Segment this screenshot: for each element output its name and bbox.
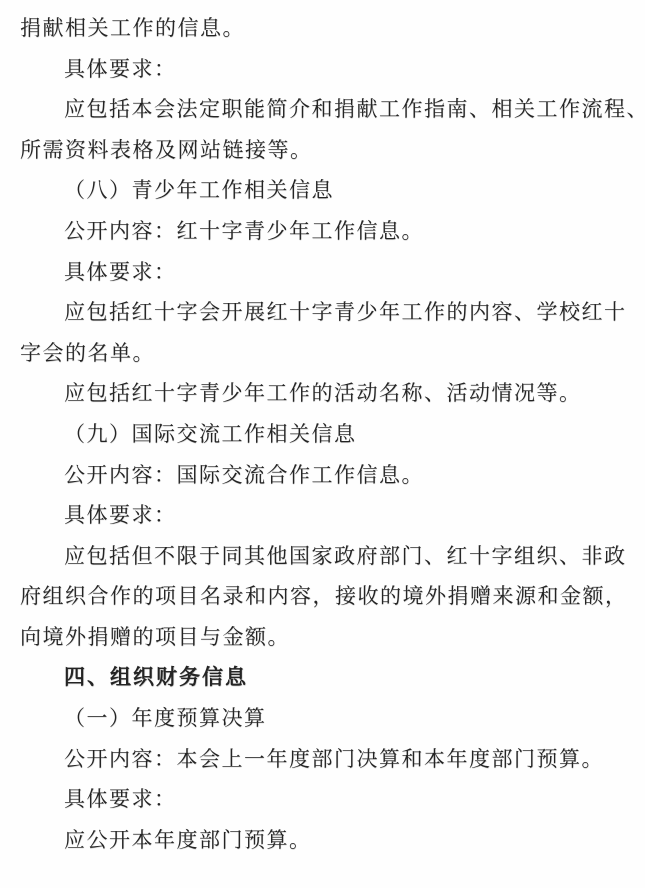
doc-subsection-heading: （八）青少年工作相关信息 bbox=[20, 170, 627, 211]
doc-line: 应包括但不限于同其他国家政府部门、红十字组织、非政 bbox=[20, 536, 627, 577]
doc-line: 府组织合作的项目名录和内容，接收的境外捐赠来源和金额， bbox=[20, 576, 627, 617]
doc-section-heading: 四、组织财务信息 bbox=[20, 658, 627, 699]
doc-line: 具体要求： bbox=[20, 252, 627, 293]
doc-line: 具体要求： bbox=[20, 495, 627, 536]
doc-line: 应包括本会法定职能简介和捐献工作指南、相关工作流程、 bbox=[20, 89, 627, 130]
doc-subsection-heading: （一）年度预算决算 bbox=[20, 698, 627, 739]
doc-subsection-heading: （九）国际交流工作相关信息 bbox=[20, 414, 627, 455]
doc-line: 捐献相关工作的信息。 bbox=[20, 8, 627, 49]
doc-line: 应包括红十字会开展红十字青少年工作的内容、学校红十 bbox=[20, 292, 627, 333]
doc-line: 公开内容：国际交流合作工作信息。 bbox=[20, 455, 627, 496]
doc-line: 公开内容：本会上一年度部门决算和本年度部门预算。 bbox=[20, 739, 627, 780]
doc-line: 所需资料表格及网站链接等。 bbox=[20, 130, 627, 171]
doc-line: 向境外捐赠的项目与金额。 bbox=[20, 617, 627, 658]
doc-line: 具体要求： bbox=[20, 779, 627, 820]
doc-line: 公开内容：红十字青少年工作信息。 bbox=[20, 211, 627, 252]
doc-line: 应公开本年度部门预算。 bbox=[20, 820, 627, 861]
scanned-document-page: 捐献相关工作的信息。 具体要求： 应包括本会法定职能简介和捐献工作指南、相关工作… bbox=[0, 0, 645, 888]
doc-line: 具体要求： bbox=[20, 49, 627, 90]
doc-line: 字会的名单。 bbox=[20, 333, 627, 374]
doc-line: 应包括红十字青少年工作的活动名称、活动情况等。 bbox=[20, 373, 627, 414]
